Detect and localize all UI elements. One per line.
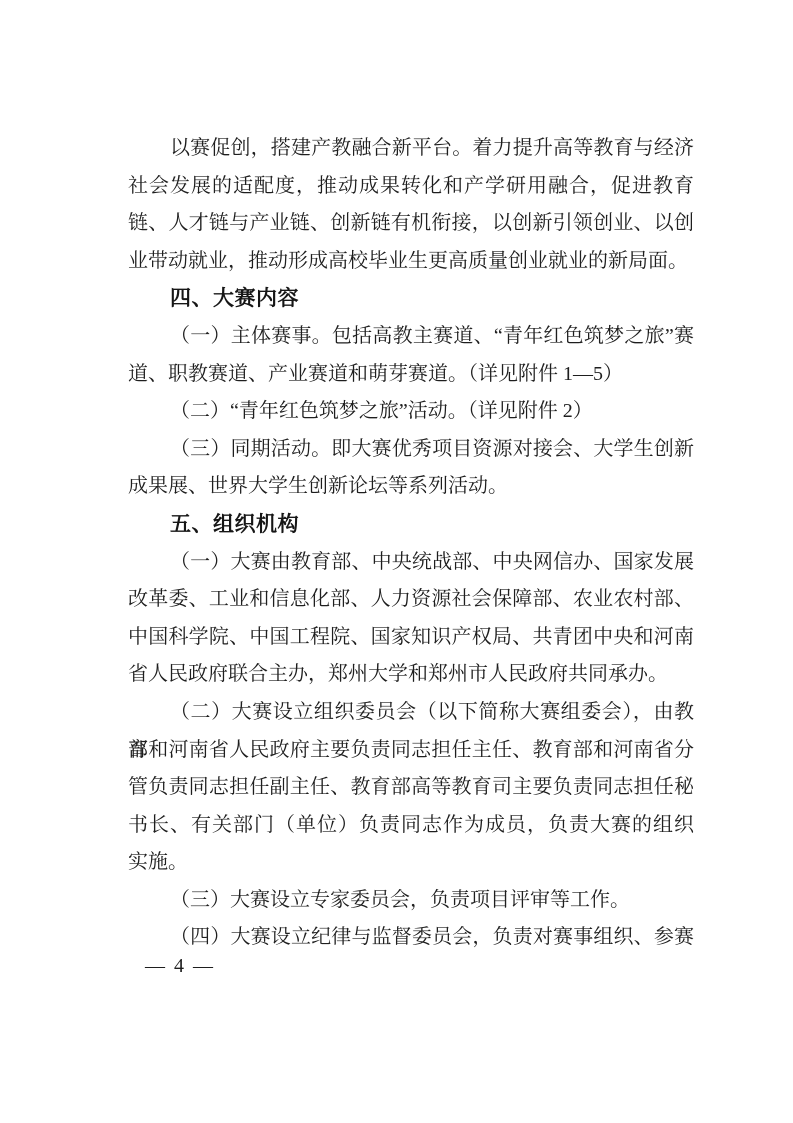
text-line: 链、人才链与产业链、创新链有机衔接，以创新引领创业、以创 xyxy=(128,205,694,243)
text-line: （三）大赛设立专家委员会，负责项目评审等工作。 xyxy=(128,882,694,920)
text-line: 道、职教赛道、产业赛道和萌芽赛道。（详见附件 1—5） xyxy=(128,356,694,394)
section-heading: 五、组织机构 xyxy=(128,506,694,544)
text-line: 书长、有关部门（单位）负责同志作为成员，负责大赛的组织 xyxy=(128,807,694,845)
page-number: — 4 — xyxy=(145,951,215,981)
text-line: （三）同期活动。即大赛优秀项目资源对接会、大学生创新 xyxy=(128,431,694,469)
section-heading: 四、大赛内容 xyxy=(128,280,694,318)
text-line: （二）“青年红色筑梦之旅”活动。（详见附件 2） xyxy=(128,393,694,431)
document-body: 以赛促创，搭建产教融合新平台。着力提升高等教育与经济 社会发展的适配度，推动成果… xyxy=(128,130,694,957)
text-line: （一）大赛由教育部、中央统战部、中央网信办、国家发展 xyxy=(128,544,694,582)
text-line: 成果展、世界大学生创新论坛等系列活动。 xyxy=(128,468,694,506)
text-line: 部和河南省人民政府主要负责同志担任主任、教育部和河南省分 xyxy=(128,732,694,770)
text-line: 业带动就业，推动形成高校毕业生更高质量创业就业的新局面。 xyxy=(128,243,694,281)
text-line: 实施。 xyxy=(128,844,694,882)
document-page: 以赛促创，搭建产教融合新平台。着力提升高等教育与经济 社会发展的适配度，推动成果… xyxy=(0,0,793,1123)
text-line: 改革委、工业和信息化部、人力资源社会保障部、农业农村部、 xyxy=(128,581,694,619)
text-line: （二）大赛设立组织委员会（以下简称大赛组委会），由教育 xyxy=(128,694,694,732)
text-line: 省人民政府联合主办，郑州大学和郑州市人民政府共同承办。 xyxy=(128,656,694,694)
text-line: 以赛促创，搭建产教融合新平台。着力提升高等教育与经济 xyxy=(128,130,694,168)
text-line: 管负责同志担任副主任、教育部高等教育司主要负责同志担任秘 xyxy=(128,769,694,807)
text-line: 中国科学院、中国工程院、国家知识产权局、共青团中央和河南 xyxy=(128,619,694,657)
text-line: （一）主体赛事。包括高教主赛道、“青年红色筑梦之旅”赛 xyxy=(128,318,694,356)
text-line: 社会发展的适配度，推动成果转化和产学研用融合，促进教育 xyxy=(128,168,694,206)
